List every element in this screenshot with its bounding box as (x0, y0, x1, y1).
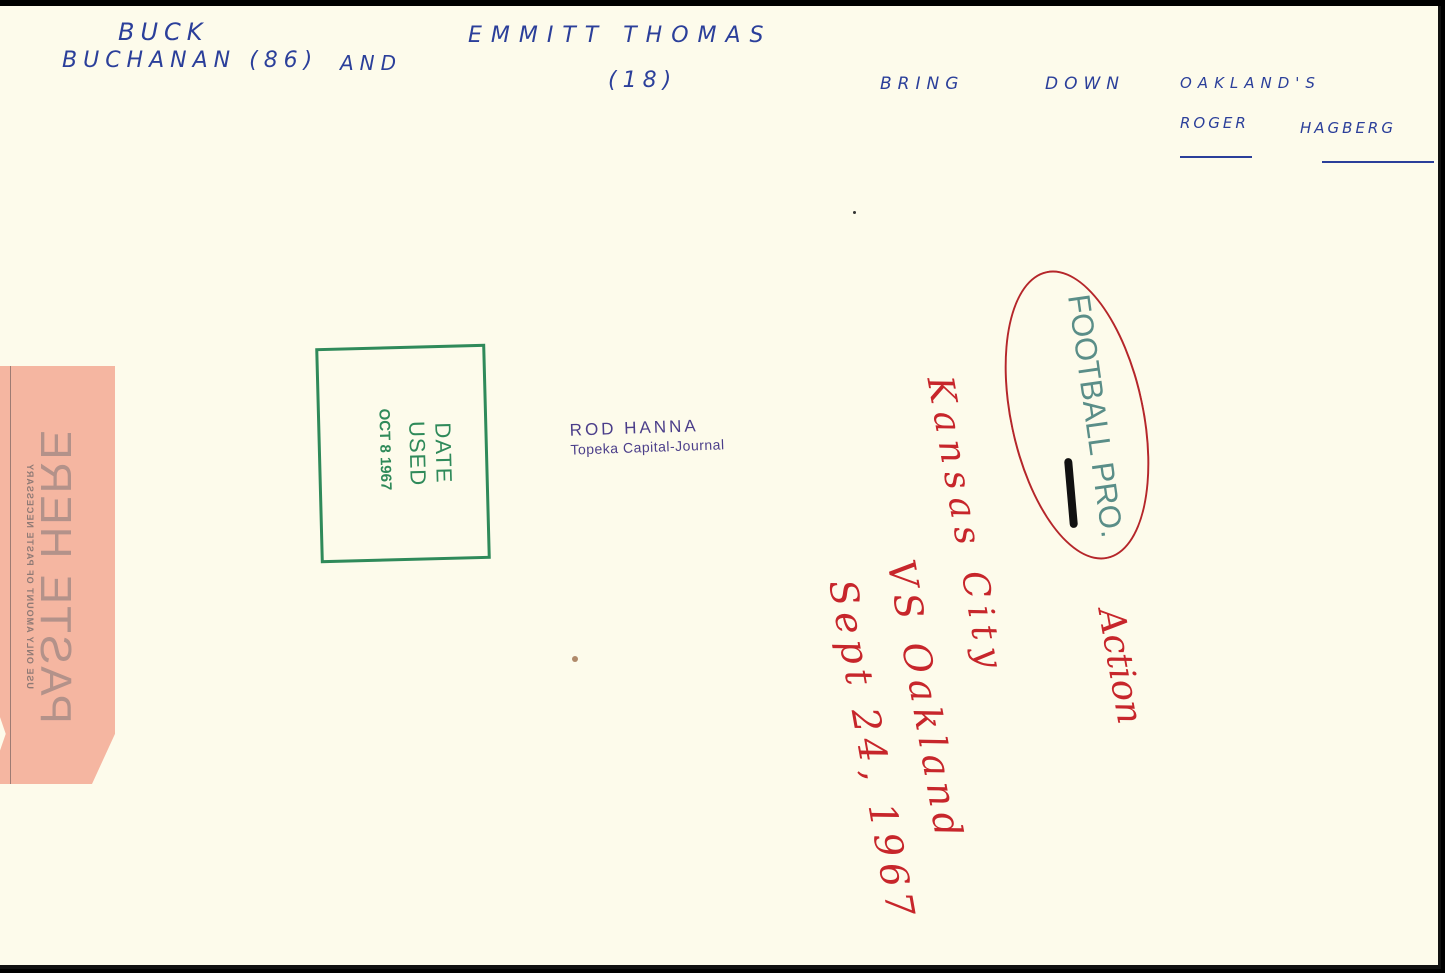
caption-oaklands: OAKLAND'S (1180, 74, 1321, 92)
paste-here-label: USE ONLY AMOUNT OF PASTE NECESSARY PASTE… (0, 366, 115, 784)
caption-hagberg: HAGBERG (1300, 119, 1396, 137)
caption-down: DOWN (1045, 74, 1125, 94)
stamp-used-label: USED (403, 420, 431, 486)
caption-player2-number: (18) (608, 68, 677, 93)
underline-hagberg (1322, 161, 1434, 163)
date-used-stamp: DATE USED OCT 8 1967 (315, 344, 491, 563)
stamp-date-value: OCT 8 1967 (375, 408, 394, 490)
caption-line2: BUCHANAN (86) (62, 48, 318, 73)
ink-dot (853, 211, 856, 214)
underline-roger (1180, 156, 1252, 158)
photographer-credit-stamp: ROD HANNA Topeka Capital-Journal (569, 415, 724, 457)
caption-and: AND (340, 51, 402, 75)
stamp-date-label: DATE (429, 422, 457, 484)
caption-line1: BUCK (118, 18, 209, 46)
photo-back-sheet: BUCK BUCHANAN (86) AND EMMITT THOMAS (18… (0, 6, 1441, 969)
note-action: Action (1090, 605, 1151, 727)
caption-player2: EMMITT THOMAS (468, 23, 773, 48)
paste-here-text: PASTE HERE (30, 428, 80, 723)
label-rule (10, 366, 11, 784)
caption-bring: BRING (880, 74, 964, 94)
stain-spot (572, 656, 578, 662)
caption-roger: ROGER (1180, 114, 1249, 132)
